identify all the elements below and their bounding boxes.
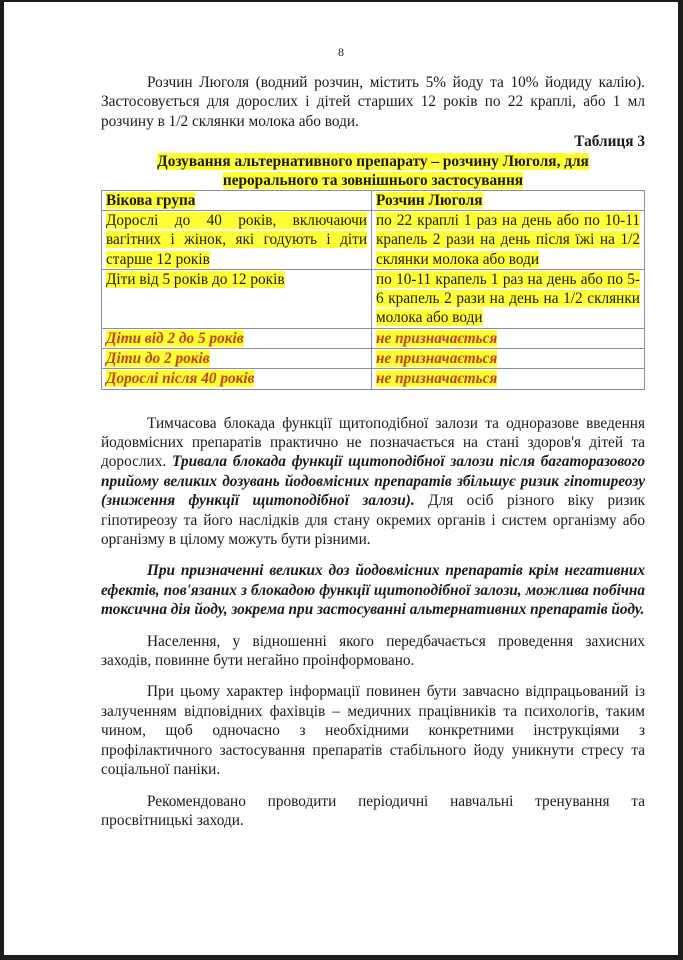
- cell-age: Дорослі до 40 років, включаючи вагітних …: [102, 210, 372, 269]
- cell-dose: не призначається: [372, 349, 645, 369]
- table-title-line2: перорального та зовнішнього застосування: [223, 172, 523, 189]
- table-row: Дорослі до 40 років, включаючи вагітних …: [102, 210, 645, 269]
- cell-age: Дорослі після 40 років: [102, 369, 372, 389]
- cell-dose: не призначається: [372, 328, 645, 348]
- table-row: Діти від 2 до 5 років не призначається: [102, 328, 645, 348]
- cell-dose: по 10-11 крапель 1 раз на день або по 5-…: [372, 269, 645, 328]
- paragraph-population-info: Населення, у відношенні якого передбачає…: [101, 632, 645, 671]
- intro-paragraph: Розчин Люголя (водний розчин, містить 5%…: [101, 73, 645, 131]
- cell-age: Діти від 5 років до 12 років: [102, 269, 372, 328]
- paragraph-recommendation: Рекомендовано проводити періодичні навча…: [101, 792, 645, 831]
- paragraph-thyroid-blockade: Тимчасова блокада функції щитоподібної з…: [101, 414, 645, 550]
- page-content: Розчин Люголя (водний розчин, містить 5%…: [101, 73, 645, 830]
- table-header-row: Вікова група Розчин Люголя: [102, 190, 645, 210]
- paragraph-information-character: При цьому характер інформації повинен бу…: [101, 682, 645, 779]
- table-title: Дозування альтернативного препарату – ро…: [101, 152, 645, 190]
- page-number: 8: [4, 43, 678, 62]
- cell-age: Діти до 2 років: [102, 349, 372, 369]
- table-label: Таблиця 3: [101, 132, 645, 151]
- cell-age: Діти від 2 до 5 років: [102, 328, 372, 348]
- table-row: Дорослі після 40 років не призначається: [102, 369, 645, 389]
- document-page: 8 Розчин Люголя (водний розчин, містить …: [4, 2, 678, 955]
- table-row: Діти від 5 років до 12 років по 10-11 кр…: [102, 269, 645, 328]
- dosage-table: Вікова група Розчин Люголя Дорослі до 40…: [101, 190, 645, 390]
- cell-dose: не призначається: [372, 369, 645, 389]
- table-row: Діти до 2 років не призначається: [102, 349, 645, 369]
- table-title-line1: Дозування альтернативного препарату – ро…: [157, 153, 589, 170]
- cell-dose: по 22 краплі 1 раз на день або по 10-11 …: [372, 210, 645, 269]
- header-age-group: Вікова група: [102, 190, 372, 210]
- paragraph-toxic-effect: При призначенні великих доз йодовмісних …: [101, 561, 645, 619]
- header-lugol-solution: Розчин Люголя: [372, 190, 645, 210]
